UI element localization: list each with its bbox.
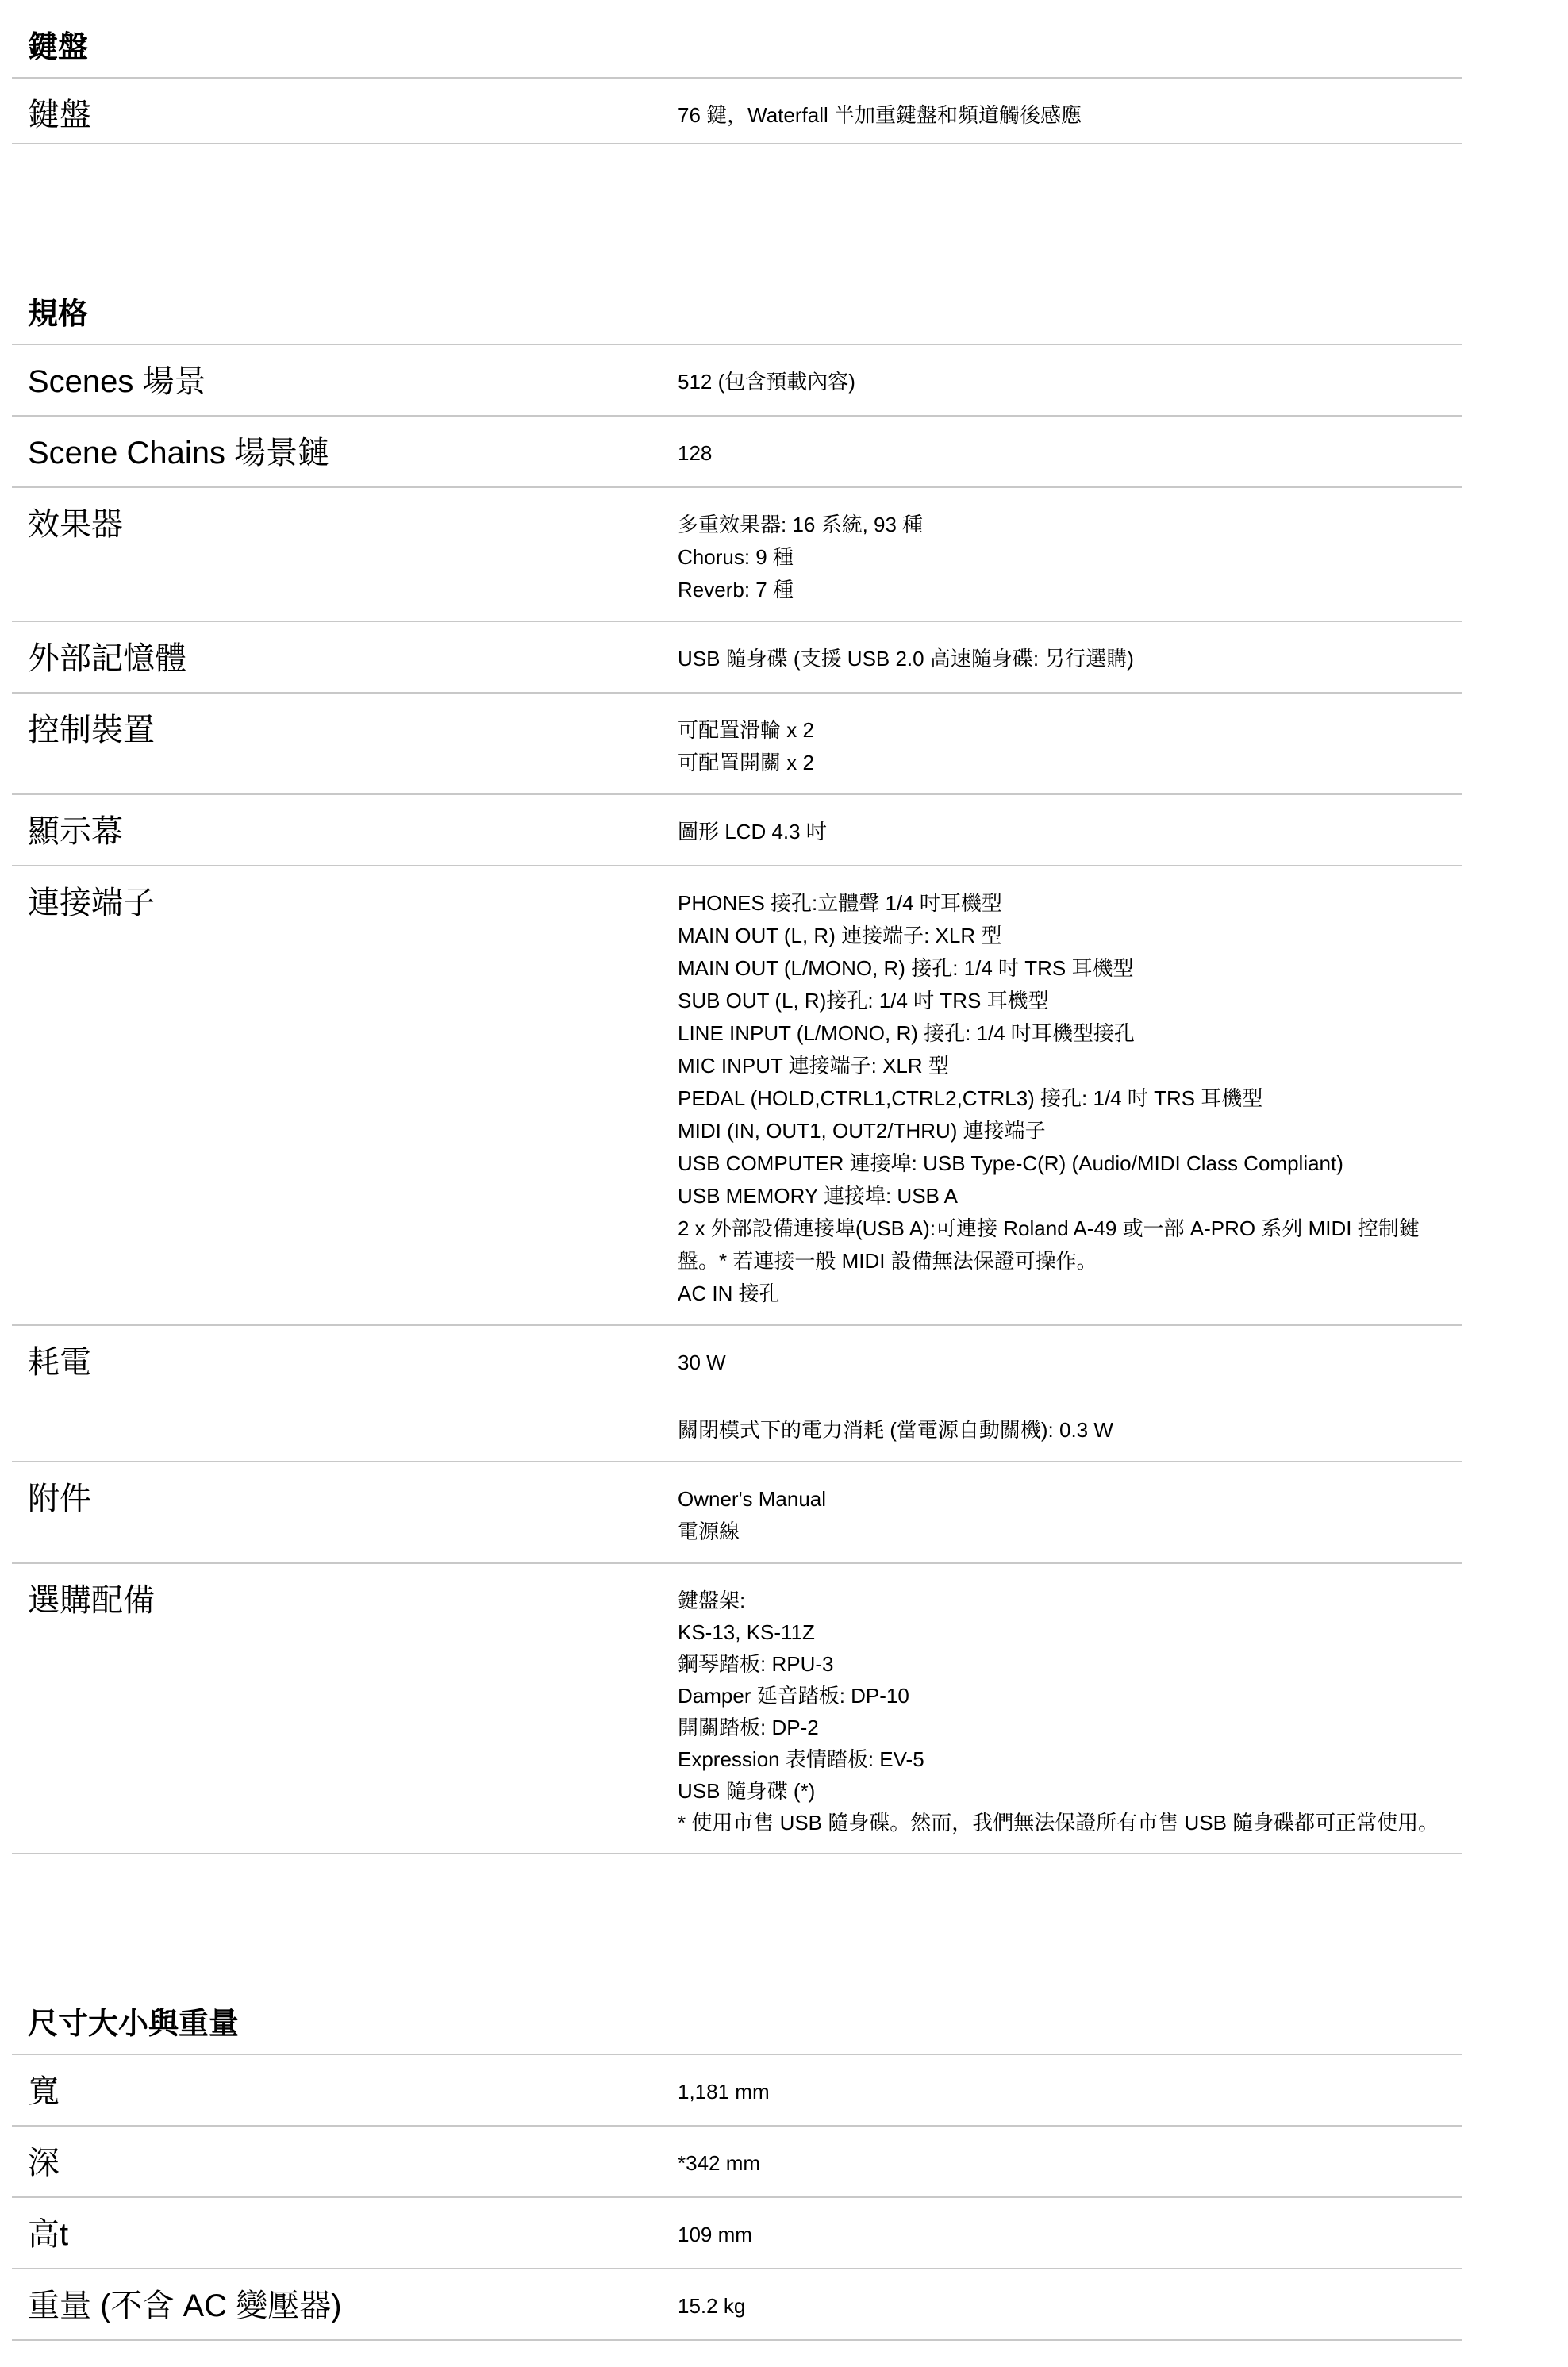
spec-value-line: MIDI (IN, OUT1, OUT2/THRU) 連接端子 xyxy=(678,1115,1446,1147)
spec-value-line: 鍵盤架: xyxy=(678,1585,1446,1616)
spec-row-display: 顯示幕 圖形 LCD 4.3 吋 xyxy=(12,795,1462,866)
spec-row-height: 高t 109 mm xyxy=(12,2198,1462,2269)
spec-label: 控制裝置 xyxy=(12,711,678,779)
spec-label: 效果器 xyxy=(12,505,678,606)
spec-value-line: *342 mm xyxy=(678,2147,1446,2180)
spec-value: 128 xyxy=(678,434,1462,472)
section-dimensions-weight: 尺寸大小與重量 寬 1,181 mm 深 *342 mm 高t 109 mm 重… xyxy=(12,1977,1462,2341)
spec-label: 寬 xyxy=(12,2073,678,2111)
spec-value-line: 128 xyxy=(678,437,1446,470)
spec-value-line: AC IN 接孔 xyxy=(678,1278,1446,1310)
spec-value: 109 mm xyxy=(678,2215,1462,2254)
spec-value: *342 mm xyxy=(678,2144,1462,2182)
spec-value: 多重效果器: 16 系統, 93 種 Chorus: 9 種 Reverb: 7… xyxy=(678,505,1462,606)
spec-row-power-consumption: 耗電 30 W 關閉模式下的電力消耗 (當電源自動關機): 0.3 W xyxy=(12,1326,1462,1462)
spec-label: Scene Chains 場景鏈 xyxy=(12,434,678,472)
spec-label: 深 xyxy=(12,2144,678,2182)
spec-row-accessories: 附件 Owner's Manual 電源線 xyxy=(12,1462,1462,1564)
spec-row-weight: 重量 (不含 AC 變壓器) 15.2 kg xyxy=(12,2269,1462,2341)
spec-row-controllers: 控制裝置 可配置滑輪 x 2 可配置開關 x 2 xyxy=(12,694,1462,795)
spec-value-line: 可配置開關 x 2 xyxy=(678,747,1446,779)
spec-label: 重量 (不含 AC 變壓器) xyxy=(12,2287,678,2325)
spec-value: 512 (包含預載內容) xyxy=(678,363,1462,401)
spec-value-line: USB COMPUTER 連接埠: USB Type-C(R) (Audio/M… xyxy=(678,1147,1446,1180)
spec-value-line: SUB OUT (L, R)接孔: 1/4 吋 TRS 耳機型 xyxy=(678,985,1446,1017)
spec-value-line: 512 (包含預載內容) xyxy=(678,366,1446,398)
spec-row-options: 選購配備 鍵盤架: KS-13, KS-11Z 鋼琴踏板: RPU-3 Damp… xyxy=(12,1564,1462,1854)
spec-value-line: 圖形 LCD 4.3 吋 xyxy=(678,816,1446,848)
spec-value-line: 15.2 kg xyxy=(678,2290,1446,2323)
spec-value-line: USB 隨身碟 (支援 USB 2.0 高速隨身碟: 另行選購) xyxy=(678,643,1446,675)
section-specifications: 規格 Scenes 場景 512 (包含預載內容) Scene Chains 場… xyxy=(12,267,1462,1854)
spec-value-line: 76 鍵，Waterfall 半加重鍵盤和頻道觸後感應 xyxy=(678,99,1446,132)
spec-value-line: 多重效果器: 16 系統, 93 種 xyxy=(678,509,1446,541)
spec-value-line: 1,181 mm xyxy=(678,2076,1446,2108)
spec-label: 外部記憶體 xyxy=(12,640,678,678)
spec-value-line: PEDAL (HOLD,CTRL1,CTRL2,CTRL3) 接孔: 1/4 吋… xyxy=(678,1082,1446,1115)
spec-value-line: Expression 表情踏板: EV-5 xyxy=(678,1743,1446,1775)
spec-value: 圖形 LCD 4.3 吋 xyxy=(678,813,1462,851)
spec-value-line: USB 隨身碟 (*) xyxy=(678,1775,1446,1807)
spec-value-line: LINE INPUT (L/MONO, R) 接孔: 1/4 吋耳機型接孔 xyxy=(678,1017,1446,1050)
spec-value: PHONES 接孔:立體聲 1/4 吋耳機型 MAIN OUT (L, R) 連… xyxy=(678,884,1462,1310)
spec-row-depth: 深 *342 mm xyxy=(12,2127,1462,2198)
spec-label: 選購配備 xyxy=(12,1581,678,1839)
spec-label: 高t xyxy=(12,2215,678,2254)
spec-value-line: 關閉模式下的電力消耗 (當電源自動關機): 0.3 W xyxy=(678,1414,1446,1447)
section-title: 規格 xyxy=(12,267,1462,345)
spec-row-scene-chains: Scene Chains 場景鏈 128 xyxy=(12,417,1462,488)
spec-value: 可配置滑輪 x 2 可配置開關 x 2 xyxy=(678,711,1462,779)
spec-value: USB 隨身碟 (支援 USB 2.0 高速隨身碟: 另行選購) xyxy=(678,640,1462,678)
spec-value: 鍵盤架: KS-13, KS-11Z 鋼琴踏板: RPU-3 Damper 延音… xyxy=(678,1581,1462,1839)
spec-value: 1,181 mm xyxy=(678,2073,1462,2111)
spec-value: 30 W 關閉模式下的電力消耗 (當電源自動關機): 0.3 W xyxy=(678,1343,1462,1447)
spec-value-line: Reverb: 7 種 xyxy=(678,574,1446,606)
spec-value-line: 109 mm xyxy=(678,2219,1446,2251)
spec-label: 鍵盤 xyxy=(12,96,678,134)
spec-value-line: MIC INPUT 連接端子: XLR 型 xyxy=(678,1050,1446,1082)
spec-row-width: 寬 1,181 mm xyxy=(12,2055,1462,2127)
spec-value-line: 鋼琴踏板: RPU-3 xyxy=(678,1648,1446,1680)
section-keyboard: 鍵盤 鍵盤 76 鍵，Waterfall 半加重鍵盤和頻道觸後感應 xyxy=(12,0,1462,144)
spec-value-line: Damper 延音踏板: DP-10 xyxy=(678,1680,1446,1712)
spec-label: Scenes 場景 xyxy=(12,363,678,401)
spec-value-line: 可配置滑輪 x 2 xyxy=(678,714,1446,747)
spec-value-line: Owner's Manual xyxy=(678,1483,1446,1516)
spec-row-keyboard: 鍵盤 76 鍵，Waterfall 半加重鍵盤和頻道觸後感應 xyxy=(12,79,1462,144)
spec-label: 耗電 xyxy=(12,1343,678,1447)
spec-row-scenes: Scenes 場景 512 (包含預載內容) xyxy=(12,345,1462,417)
spec-page: 鍵盤 鍵盤 76 鍵，Waterfall 半加重鍵盤和頻道觸後感應 規格 Sce… xyxy=(0,0,1462,2341)
section-title: 鍵盤 xyxy=(12,0,1462,79)
spec-value-line: Chorus: 9 種 xyxy=(678,541,1446,574)
spec-value-line: 電源線 xyxy=(678,1516,1446,1548)
spec-label: 顯示幕 xyxy=(12,813,678,851)
spec-value-line: MAIN OUT (L/MONO, R) 接孔: 1/4 吋 TRS 耳機型 xyxy=(678,952,1446,985)
spec-value-line: 2 x 外部設備連接埠(USB A):可連接 Roland A-49 或一部 A… xyxy=(678,1212,1446,1278)
spec-value-line: USB MEMORY 連接埠: USB A xyxy=(678,1180,1446,1212)
spec-row-external-memory: 外部記憶體 USB 隨身碟 (支援 USB 2.0 高速隨身碟: 另行選購) xyxy=(12,622,1462,694)
spec-value-line: 30 W xyxy=(678,1347,1446,1379)
spec-value-line: MAIN OUT (L, R) 連接端子: XLR 型 xyxy=(678,920,1446,952)
spec-value: 76 鍵，Waterfall 半加重鍵盤和頻道觸後感應 xyxy=(678,96,1462,134)
spec-value: Owner's Manual 電源線 xyxy=(678,1480,1462,1548)
spec-value-line: KS-13, KS-11Z xyxy=(678,1616,1446,1648)
spec-row-effects: 效果器 多重效果器: 16 系統, 93 種 Chorus: 9 種 Rever… xyxy=(12,488,1462,622)
spec-value-line: * 使用市售 USB 隨身碟。然而，我們無法保證所有市售 USB 隨身碟都可正常… xyxy=(678,1807,1446,1839)
spec-value-line: PHONES 接孔:立體聲 1/4 吋耳機型 xyxy=(678,887,1446,920)
spec-label: 附件 xyxy=(12,1480,678,1548)
spec-label: 連接端子 xyxy=(12,884,678,1310)
spec-value-line: 開關踏板: DP-2 xyxy=(678,1712,1446,1743)
spec-value: 15.2 kg xyxy=(678,2287,1462,2325)
section-title: 尺寸大小與重量 xyxy=(12,1977,1462,2055)
spec-row-connectors: 連接端子 PHONES 接孔:立體聲 1/4 吋耳機型 MAIN OUT (L,… xyxy=(12,866,1462,1326)
